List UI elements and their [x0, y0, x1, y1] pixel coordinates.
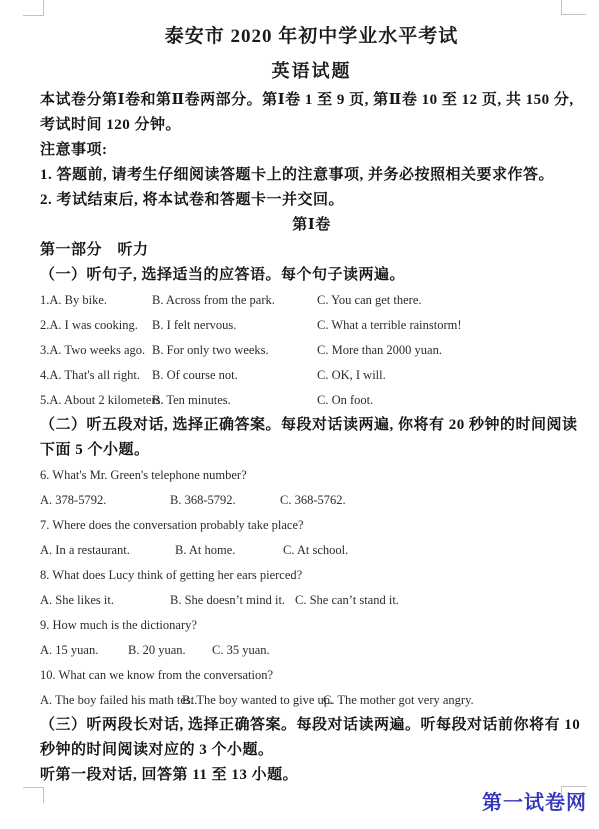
- option-b: B. Across from the park.: [152, 288, 317, 313]
- question-7: 7. Where does the conversation probably …: [40, 513, 583, 538]
- crop-mark-bottom-left: [23, 787, 44, 803]
- option-row-q2: 2.A. I was cooking. B. I felt nervous. C…: [40, 313, 583, 338]
- option-b: B. I felt nervous.: [152, 313, 317, 338]
- option-a: A. In a restaurant.: [40, 538, 175, 563]
- option-c: C. More than 2000 yuan.: [317, 338, 442, 363]
- option-row-q8: A. She likes it. B. She doesn’t mind it.…: [40, 588, 583, 613]
- option-a: 2.A. I was cooking.: [40, 313, 152, 338]
- option-a: 5.A. About 2 kilometers.: [40, 388, 152, 413]
- option-b: B. For only two weeks.: [152, 338, 317, 363]
- option-a: 1.A. By bike.: [40, 288, 152, 313]
- section2-heading: （二）听五段对话, 选择正确答案。每段对话读两遍, 你将有 20 秒钟的时间阅读…: [40, 413, 583, 463]
- question-8: 8. What does Lucy think of getting her e…: [40, 563, 583, 588]
- option-c: C. You can get there.: [317, 288, 422, 313]
- option-row-q10: A. The boy failed his math test. B. The …: [40, 688, 583, 713]
- option-row-q9: A. 15 yuan. B. 20 yuan. C. 35 yuan.: [40, 638, 583, 663]
- option-row-q5: 5.A. About 2 kilometers. B. Ten minutes.…: [40, 388, 583, 413]
- listen-first-dialog-note: 听第一段对话, 回答第 11 至 13 小题。: [40, 763, 583, 788]
- notice-title: 注意事项:: [40, 138, 583, 163]
- option-row-q7: A. In a restaurant. B. At home. C. At sc…: [40, 538, 583, 563]
- option-b: B. Of course not.: [152, 363, 317, 388]
- page-title: 泰安市 2020 年初中学业水平考试: [40, 20, 583, 54]
- option-row-q3: 3.A. Two weeks ago. B. For only two week…: [40, 338, 583, 363]
- option-row-q6: A. 378-5792. B. 368-5792. C. 368-5762.: [40, 488, 583, 513]
- option-c: C. 368-5762.: [280, 488, 346, 513]
- question-10: 10. What can we know from the conversati…: [40, 663, 583, 688]
- section1-heading: （一）听句子, 选择适当的应答语。每个句子读两遍。: [40, 263, 583, 288]
- option-c: C. At school.: [283, 538, 348, 563]
- option-a: 3.A. Two weeks ago.: [40, 338, 152, 363]
- option-c: C. What a terrible rainstorm!: [317, 313, 462, 338]
- page-subtitle: 英语试题: [40, 54, 583, 88]
- notice-item-1: 1. 答题前, 请考生仔细阅读答题卡上的注意事项, 并务必按照相关要求作答。: [40, 163, 583, 188]
- option-b: B. The boy wanted to give up.: [182, 688, 323, 713]
- question-6: 6. What's Mr. Green's telephone number?: [40, 463, 583, 488]
- option-c: C. 35 yuan.: [212, 638, 270, 663]
- volume-title: 第Ⅰ卷: [40, 213, 583, 238]
- exam-info: 本试卷分第Ⅰ卷和第Ⅱ卷两部分。第Ⅰ卷 1 至 9 页, 第Ⅱ卷 10 至 12 …: [40, 88, 583, 138]
- notice-item-2: 2. 考试结束后, 将本试卷和答题卡一并交回。: [40, 188, 583, 213]
- section3-heading: （三）听两段长对话, 选择正确答案。每段对话读两遍。听每段对话前你将有 10 秒…: [40, 713, 583, 763]
- document-content: 泰安市 2020 年初中学业水平考试 英语试题 本试卷分第Ⅰ卷和第Ⅱ卷两部分。第…: [40, 12, 583, 788]
- option-row-q1: 1.A. By bike. B. Across from the park. C…: [40, 288, 583, 313]
- option-a: A. The boy failed his math test.: [40, 688, 182, 713]
- option-c: C. OK, I will.: [317, 363, 386, 388]
- exam-paper-page: 泰安市 2020 年初中学业水平考试 英语试题 本试卷分第Ⅰ卷和第Ⅱ卷两部分。第…: [0, 0, 599, 829]
- option-c: C. On foot.: [317, 388, 373, 413]
- option-c: C. The mother got very angry.: [323, 688, 474, 713]
- option-c: C. She can’t stand it.: [295, 588, 399, 613]
- part1-title: 第一部分 听力: [40, 238, 583, 263]
- option-b: B. 368-5792.: [170, 488, 280, 513]
- option-a: A. She likes it.: [40, 588, 170, 613]
- option-a: A. 378-5792.: [40, 488, 170, 513]
- option-b: B. At home.: [175, 538, 283, 563]
- option-row-q4: 4.A. That's all right. B. Of course not.…: [40, 363, 583, 388]
- option-a: A. 15 yuan.: [40, 638, 128, 663]
- option-b: B. 20 yuan.: [128, 638, 212, 663]
- option-b: B. Ten minutes.: [152, 388, 317, 413]
- question-9: 9. How much is the dictionary?: [40, 613, 583, 638]
- option-a: 4.A. That's all right.: [40, 363, 152, 388]
- option-b: B. She doesn’t mind it.: [170, 588, 295, 613]
- watermark-site-name: 第一试卷网: [482, 786, 587, 815]
